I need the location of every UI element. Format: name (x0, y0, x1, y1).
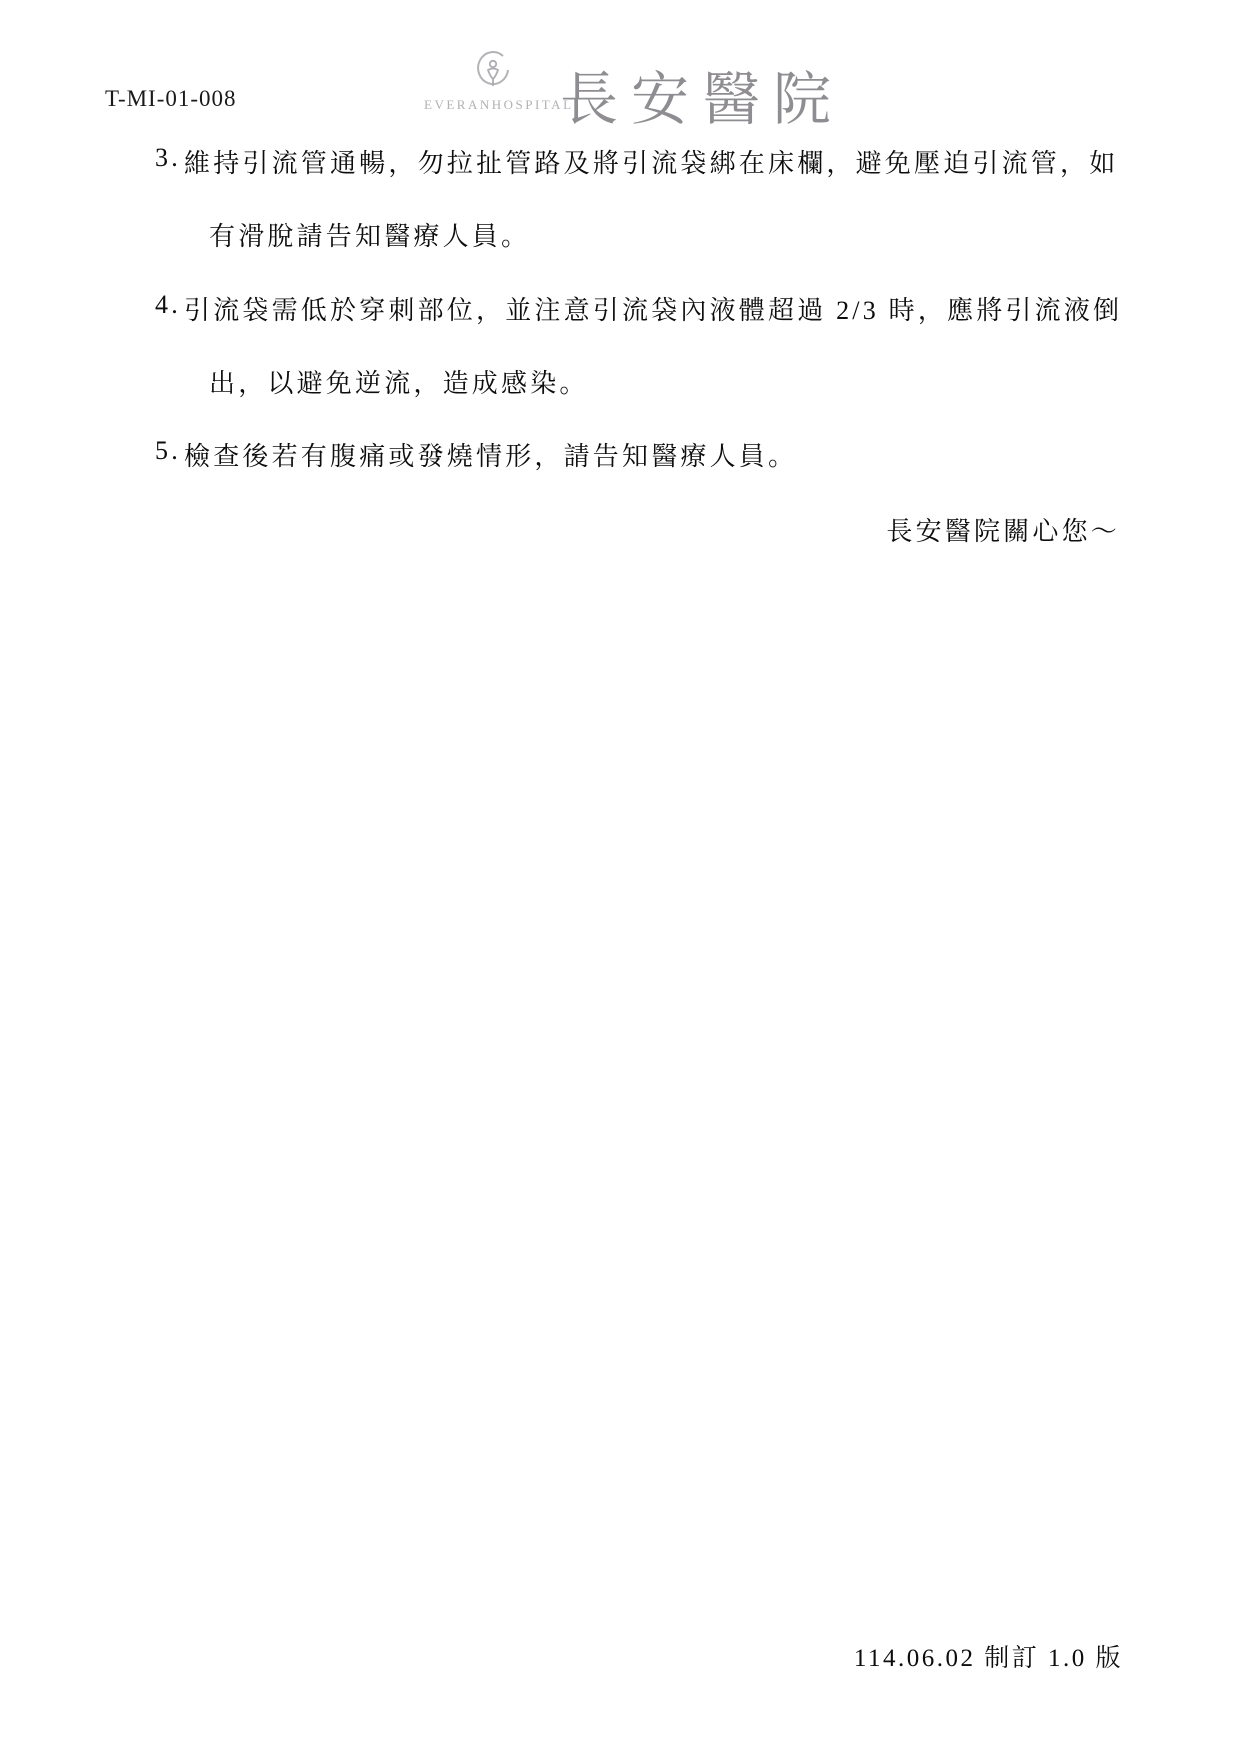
list-item-4-number: 4. (155, 290, 181, 320)
footer-revision: 114.06.02 制訂 1.0 版 (854, 1638, 1123, 1674)
list-item-3-line2: 有滑脫請告知醫療人員。 (209, 216, 530, 253)
hospital-cjk-name: 長安醫院 (560, 52, 844, 136)
list-item-5-line1: 檢查後若有腹痛或發燒情形，請告知醫療人員。 (184, 436, 797, 473)
list-item-4-line1: 引流袋需低於穿刺部位，並注意引流袋內液體超過 2/3 時，應將引流液倒 (184, 290, 1122, 327)
list-item-3-number: 3. (155, 143, 181, 173)
closing-line: 長安醫院關心您～ (886, 511, 1120, 548)
doc-code: T-MI-01-008 (105, 86, 237, 112)
list-item-3-line1: 維持引流管通暢，勿拉扯管路及將引流袋綁在床欄，避免壓迫引流管，如 (184, 143, 1118, 180)
hospital-emblem-icon (472, 50, 512, 92)
hospital-latin-name: EVERANHOSPITAL (424, 97, 574, 113)
list-item-5-number: 5. (155, 436, 181, 466)
list-item-4-line2: 出，以避免逆流，造成感染。 (209, 363, 589, 400)
document-page: T-MI-01-008 EVERANHOSPITAL 長安醫院 3. 維持引流管… (0, 0, 1241, 1755)
